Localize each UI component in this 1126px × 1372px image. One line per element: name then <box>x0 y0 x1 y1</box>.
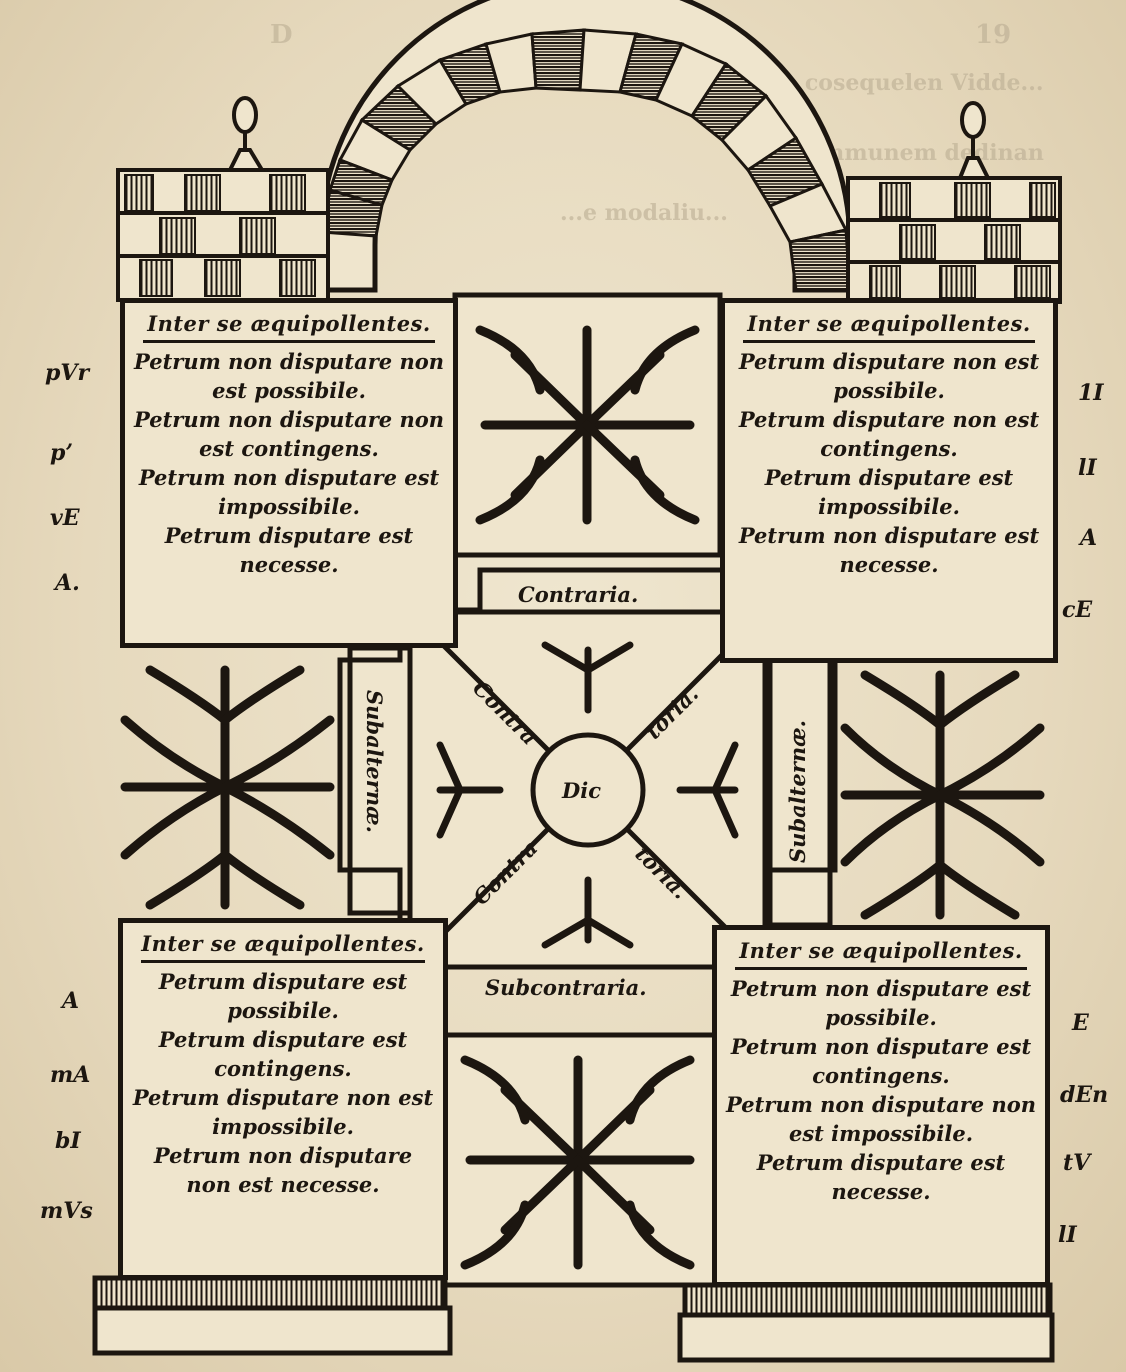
margin-mark: mA <box>50 1062 90 1088</box>
proposition: Petrum non disputare est necesse. <box>733 521 1045 579</box>
left-plinth <box>95 1278 450 1353</box>
left-tower <box>118 98 328 300</box>
box-heading: Inter se æquipollentes. <box>743 311 1035 343</box>
margin-mark: A <box>1080 525 1097 551</box>
box-heading: Inter se æquipollentes. <box>141 931 425 963</box>
proposition: Petrum disputare est necesse. <box>133 521 445 579</box>
proposition: Petrum disputare non est possibile. <box>733 347 1045 405</box>
margin-mark: lI <box>1058 1222 1077 1248</box>
box-bottom-left: Inter se æquipollentes. Petrum disputare… <box>118 918 448 1280</box>
right-plinth <box>680 1285 1052 1360</box>
margin-mark: p’ <box>50 440 73 466</box>
proposition: Petrum disputare est contingens. <box>131 1025 435 1083</box>
margin-mark: mVs <box>40 1198 93 1224</box>
margin-mark: pVr <box>45 360 89 386</box>
book-page: D 19 ...a cosequelen Vidde... ...commune… <box>0 0 1126 1372</box>
relation-subcontraria: Subcontraria. <box>485 975 647 1000</box>
margin-mark: vE <box>50 505 80 531</box>
proposition: Petrum non disputare non est necesse. <box>131 1141 435 1199</box>
relation-contraria: Contraria. <box>518 582 638 607</box>
proposition: Petrum non disputare est possibile. <box>725 974 1037 1032</box>
relation-center: Dic <box>562 778 601 803</box>
margin-mark: E <box>1072 1010 1089 1036</box>
margin-mark: A. <box>55 570 80 596</box>
proposition: Petrum non disputare est contingens. <box>725 1032 1037 1090</box>
margin-mark: lI <box>1078 455 1097 481</box>
right-tower <box>848 103 1060 302</box>
proposition: Petrum non disputare non est contingens. <box>133 405 445 463</box>
relation-subalternae-left: Subalternæ. <box>362 690 387 833</box>
arch <box>320 0 850 290</box>
proposition: Petrum non disputare est impossibile. <box>133 463 445 521</box>
margin-mark: dEn <box>1060 1082 1108 1108</box>
right-side-ornament <box>845 675 1040 915</box>
proposition: Petrum non disputare non est possibile. <box>133 347 445 405</box>
proposition: Petrum disputare non est impossibile. <box>131 1083 435 1141</box>
box-heading: Inter se æquipollentes. <box>735 938 1027 970</box>
margin-mark: tV <box>1063 1150 1090 1176</box>
proposition: Petrum non disputare non est impossibile… <box>725 1090 1037 1148</box>
box-heading: Inter se æquipollentes. <box>143 311 435 343</box>
proposition: Petrum disputare non est contingens. <box>733 405 1045 463</box>
box-top-left: Inter se æquipollentes. Petrum non dispu… <box>120 298 458 648</box>
margin-mark: A <box>62 988 79 1014</box>
box-bottom-right: Inter se æquipollentes. Petrum non dispu… <box>712 925 1050 1287</box>
left-side-ornament <box>125 670 330 905</box>
box-top-right: Inter se æquipollentes. Petrum disputare… <box>720 298 1058 663</box>
relation-subalternae-right: Subalternæ. <box>785 720 810 863</box>
margin-mark: 1I <box>1078 380 1104 406</box>
proposition: Petrum disputare est possibile. <box>131 967 435 1025</box>
proposition: Petrum disputare est necesse. <box>725 1148 1037 1206</box>
proposition: Petrum disputare est impossibile. <box>733 463 1045 521</box>
margin-mark: cE <box>1062 597 1092 623</box>
margin-mark: bI <box>55 1128 81 1154</box>
